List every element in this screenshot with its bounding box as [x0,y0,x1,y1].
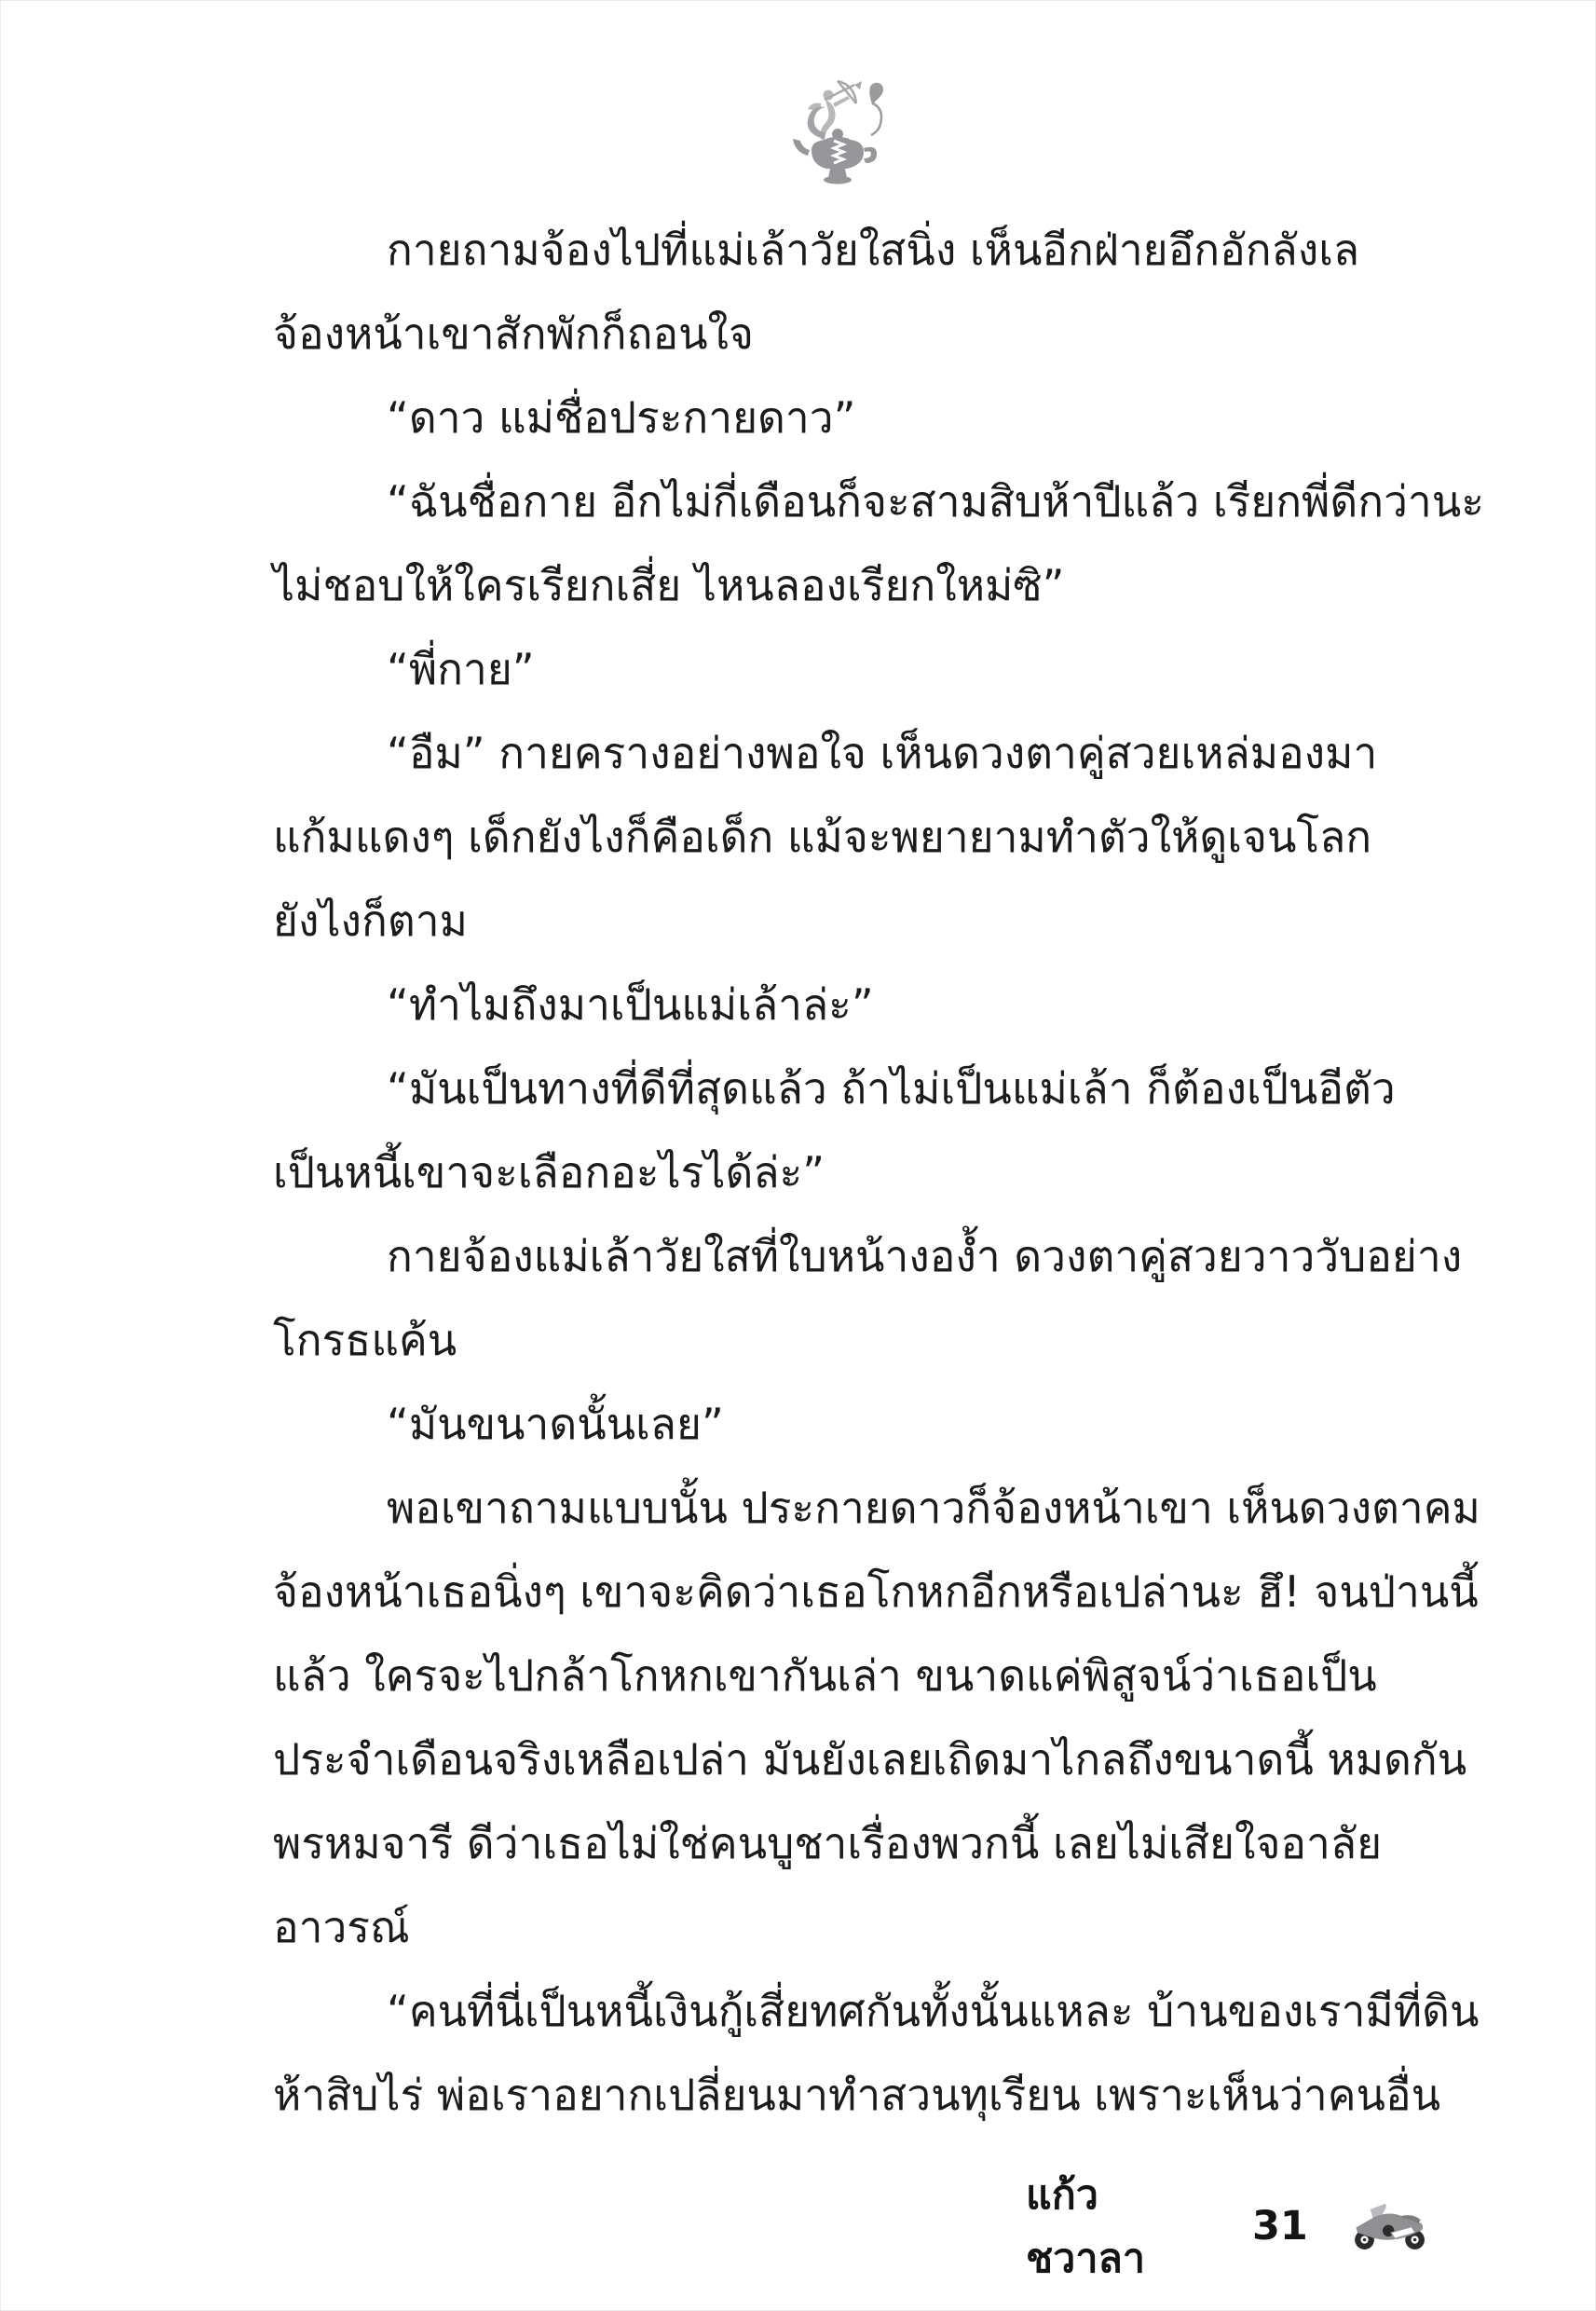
book-title: แก้วชวาลา [1026,2163,1211,2290]
text-line: “มันขนาดนั้นเลย” [273,1382,1439,1466]
text-line: อาวรณ์ [273,1885,1439,1969]
text-line: กายจ้องแม่เล้าวัยใสที่ใบหน้างอง้ำ ดวงตาค… [273,1214,1439,1298]
page-text: กายถามจ้องไปที่แม่เล้าวัยใสนิ่ง เห็นอีกฝ… [273,208,1439,2137]
heart-shape [869,83,883,105]
text-line: ห้าสิบไร่ พ่อเราอยากเปลี่ยนมาทำสวนทุเรีย… [273,2053,1439,2137]
text-line: ไม่ชอบให้ใครเรียกเสี่ย ไหนลองเรียกใหม่ซิ… [273,543,1439,627]
text-line: แล้ว ใครจะไปกล้าโกหกเขากันเล่า ขนาดแค่พิ… [273,1634,1439,1717]
text-line: “ฉันชื่อกาย อีกไม่กี่เดือนก็จะสามสิบห้าป… [273,459,1439,543]
page-footer: แก้วชวาลา 31 [1026,2193,1428,2260]
text-line: กายถามจ้องไปที่แม่เล้าวัยใสนิ่ง เห็นอีกฝ… [273,208,1439,292]
text-line: “อืม” กายครางอย่างพอใจ เห็นดวงตาคู่สวยเห… [273,711,1439,795]
text-line: ยังไงก็ตาม [273,879,1439,963]
page-number: 31 [1252,2203,1308,2249]
text-line: “คนที่นี่เป็นหนี้เงินกู้เสี่ยทศกันทั้งนั… [273,1969,1439,2053]
text-line: “ดาว แม่ชื่อประกายดาว” [273,376,1439,459]
text-line: พรหมจารี ดีว่าเธอไม่ใช่คนบูชาเรื่องพวกนี… [273,1801,1439,1885]
text-line: จ้องหน้าเธอนิ่งๆ เขาจะคิดว่าเธอโกหกอีกหร… [273,1550,1439,1634]
text-line: “ทำไมถึงมาเป็นแม่เล้าล่ะ” [273,963,1439,1046]
heart-swirl [871,103,881,135]
text-line: แก้มแดงๆ เด็กยังไงก็คือเด็ก แม้จะพยายามท… [273,795,1439,879]
text-line: ประจำเดือนจริงเหลือเปล่า มันยังเลยเถิดมา… [273,1717,1439,1801]
genie-lamp-cupid-icon [780,75,897,197]
text-line: โกรธแค้น [273,1298,1439,1382]
text-line: พอเขาถามแบบนั้น ประกายดาวก็จ้องหน้าเขา เ… [273,1466,1439,1550]
arrow-head [854,81,862,89]
text-line: “มันเป็นทางที่ดีที่สุดแล้ว ถ้าไม่เป็นแม่… [273,1046,1439,1130]
smoke-swirl [808,107,825,139]
motorcycle-icon [1351,2197,1428,2255]
text-line: “พี่กาย” [273,627,1439,711]
book-page: กายถามจ้องไปที่แม่เล้าวัยใสนิ่ง เห็นอีกฝ… [0,0,1596,2311]
text-line: จ้องหน้าเขาสักพักก็ถอนใจ [273,292,1439,376]
text-line: เป็นหนี้เขาจะเลือกอะไรได้ล่ะ” [273,1130,1439,1214]
lamp-body-group [793,129,877,185]
